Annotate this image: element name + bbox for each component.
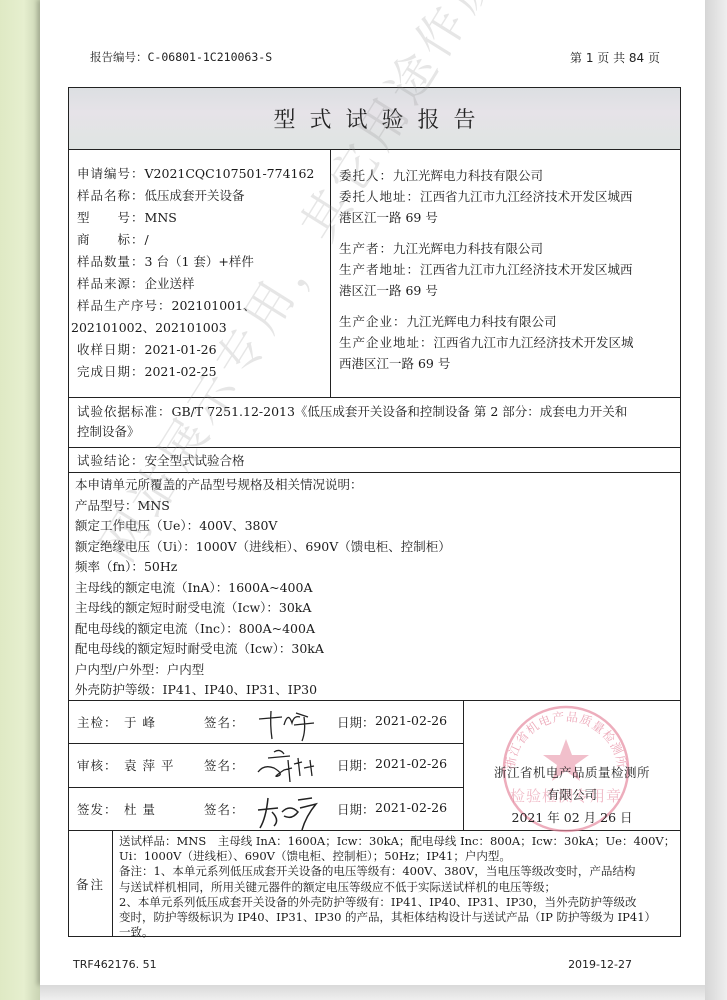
info-section: 申请编号：V2021CQC107501-774162 样品名称：低压成套开关设备… [69, 149, 680, 398]
received-date: 收样日期：2021-01-26 [77, 339, 330, 361]
remarks-line: Ui：1000V（进线柜）、690V（馈电柜、控制柜）；50Hz；IP41；户内… [119, 849, 672, 864]
spec-item-label: 配电母线的额定短时耐受电流（Icw）： [75, 641, 291, 656]
stamp-cell: 浙江省机电产品质量检测所有限公司 检验检测专用章 浙江省机电产品质量检测所 有限… [464, 701, 680, 830]
remarks-label: 备注 [69, 831, 113, 936]
spec-item-value: 400V、380V [199, 518, 277, 533]
client-address-cont: 港区江一路 69 号 [339, 207, 680, 228]
client-address: 委托人地址：江西省九江市九江经济技术开发区城西 [339, 186, 680, 207]
spec-item: 配电母线的额定短时耐受电流（Icw）：30kA [75, 639, 680, 660]
spec-item-value: 1600A~400A [228, 580, 312, 595]
test-standard-label: 试验依据标准： [77, 404, 172, 419]
spec-item: 额定绝缘电压（Ui）：1000V（进线柜）、690V（馈电柜、控制柜） [75, 537, 680, 558]
spec-item: 主母线的额定短时耐受电流（Icw）：30kA [75, 598, 680, 619]
spec-item-value: 1000V（进线柜）、690V（馈电柜、控制柜） [196, 539, 451, 554]
serial-numbers-cont: 202101002、202101003 [71, 317, 330, 339]
remarks-line: 备注：1、本单元系列低压成套开关设备的电压等级有：400V、380V，当电压等级… [119, 864, 672, 879]
spec-item-value: 30kA [279, 600, 312, 615]
remarks-body: 送试样品：MNS 主母线 InA：1600A；Icw：30kA；配电母线 Inc… [119, 834, 672, 940]
remarks-line: 送试样品：MNS 主母线 InA：1600A；Icw：30kA；配电母线 Inc… [119, 834, 672, 849]
spec-item-value: IP41、IP40、IP31、IP30 [163, 682, 318, 697]
page-bottom-shadow [40, 985, 705, 1000]
factory: 生产企业：九江光辉电力科技有限公司 [339, 311, 680, 332]
signature-approver [254, 790, 324, 830]
spec-item: 主母线的额定电流（InA）：1600A~400A [75, 578, 680, 599]
manufacturer-address-cont: 港区江一路 69 号 [339, 280, 680, 301]
signature-row-inspector: 主检： 于峰 签名： 日期： 2021-02-26 [69, 701, 463, 744]
test-conclusion: 试验结论：安全型式试验合格 [69, 448, 680, 473]
spec-item-value: 50Hz [144, 559, 177, 574]
manufacturer: 生产者：九江光辉电力科技有限公司 [339, 238, 680, 259]
signature-row-reviewer: 审核： 袁萍平 签名： 日期： 2021-02-26 [69, 744, 463, 787]
signature-rows: 主检： 于峰 签名： 日期： 2021-02-26 审核： 袁萍平 签名： 日期… [69, 701, 464, 830]
sample-info: 申请编号：V2021CQC107501-774162 样品名称：低压成套开关设备… [69, 149, 331, 397]
spec-intro: 本申请单元所覆盖的产品型号规格及相关情况说明： [75, 475, 680, 496]
test-conclusion-label: 试验结论： [77, 453, 145, 468]
completed-date: 完成日期：2021-02-25 [77, 361, 330, 383]
binder-cover-edge [0, 0, 40, 1000]
spec-item-value: 800A~400A [239, 621, 315, 636]
sample-name: 样品名称：低压成套开关设备 [77, 185, 330, 207]
spec-item: 产品型号：MNS [75, 496, 680, 517]
factory-address: 生产企业地址：江西省九江市九江经济技术开发区城 [339, 332, 680, 353]
serial-numbers: 样品生产序号：202101001、 [77, 295, 330, 317]
signature-reviewer [254, 746, 324, 786]
test-standard: 试验依据标准：GB/T 7251.12-2013《低压成套开关设备和控制设备 第… [69, 398, 680, 448]
report-number-label: 报告编号： [90, 50, 148, 64]
product-spec: 本申请单元所覆盖的产品型号规格及相关情况说明： 产品型号：MNS额定工作电压（U… [69, 473, 680, 701]
spec-item-label: 配电母线的额定电流（Inc）： [75, 621, 239, 636]
title-band: 型式试验报告 [69, 88, 680, 150]
spec-item-label: 主母线的额定短时耐受电流（Icw）： [75, 600, 279, 615]
spec-item: 配电母线的额定电流（Inc）：800A~400A [75, 619, 680, 640]
remarks-line: 2、本单元系列低压成套开关设备的外壳防护等级有：IP41、IP40、IP31、I… [119, 895, 672, 910]
party-info: 委托人：九江光辉电力科技有限公司 委托人地址：江西省九江市九江经济技术开发区城西… [331, 149, 680, 413]
spec-item-label: 额定工作电压（Ue）： [75, 518, 199, 533]
test-conclusion-value: 安全型式试验合格 [145, 453, 245, 468]
issuing-org: 浙江省机电产品质量检测所 [464, 763, 680, 781]
spec-item: 户内型/户外型：户内型 [75, 660, 680, 681]
test-standard-cont: 控制设备》 [77, 422, 680, 442]
signature-row-approver: 签发： 杜量 签名： 日期： 2021-02-26 [69, 788, 463, 831]
sample-source: 样品来源：企业送样 [77, 273, 330, 295]
form-date: 2019-12-27 [568, 958, 632, 971]
form-number: TRF462176. 51 [73, 958, 157, 971]
trademark: 商 标：/ [77, 229, 330, 251]
spec-item-value: 户内型 [167, 662, 205, 677]
remarks-line: 一致。 [119, 925, 672, 940]
spec-item: 频率（fn）：50Hz [75, 557, 680, 578]
spec-item-label: 外壳防护等级： [75, 682, 163, 697]
spec-item-label: 户内型/户外型： [75, 662, 167, 677]
report-table: 型式试验报告 申请编号：V2021CQC107501-774162 样品名称：低… [68, 87, 681, 937]
test-standard-value: GB/T 7251.12-2013《低压成套开关设备和控制设备 第 2 部分：成… [172, 404, 628, 419]
client: 委托人：九江光辉电力科技有限公司 [339, 165, 680, 186]
sample-quantity: 样品数量：3 台（1 套）+样件 [77, 251, 330, 273]
remarks-section: 备注 送试样品：MNS 主母线 InA：1600A；Icw：30kA；配电母线 … [69, 831, 680, 936]
report-title: 型式试验报告 [259, 103, 489, 134]
report-number-value: C-06801-1C210063-S [148, 50, 273, 64]
page-info: 第 1 页 共 84 页 [570, 49, 660, 66]
factory-address-cont: 西港区江一路 69 号 [339, 353, 680, 374]
signature-area: 主检： 于峰 签名： 日期： 2021-02-26 审核： 袁萍平 签名： 日期… [69, 701, 680, 831]
spec-item-label: 主母线的额定电流（InA）： [75, 580, 228, 595]
signature-inspector [254, 703, 324, 743]
model: 型 号：MNS [77, 207, 330, 229]
spec-list: 产品型号：MNS额定工作电压（Ue）：400V、380V额定绝缘电压（Ui）：1… [75, 496, 680, 701]
application-number: 申请编号：V2021CQC107501-774162 [77, 163, 330, 185]
spec-item-value: MNS [138, 498, 170, 513]
spec-item-label: 产品型号： [75, 498, 138, 513]
report-number: 报告编号：C-06801-1C210063-S [90, 49, 272, 65]
spec-item-label: 额定绝缘电压（Ui）： [75, 539, 196, 554]
spec-item: 额定工作电压（Ue）：400V、380V [75, 516, 680, 537]
manufacturer-address: 生产者地址：江西省九江市九江经济技术开发区城西 [339, 259, 680, 280]
issuing-org-cont: 有限公司 [464, 785, 680, 803]
issue-date: 2021 年 02 月 26 日 [464, 808, 680, 826]
spec-item-label: 频率（fn）： [75, 559, 144, 574]
remarks-line: 与送试样机相同，所用关键元器件的额定电压等级应不低于实际送试样机的电压等级； [119, 880, 672, 895]
page-edge-shadow [705, 0, 727, 1000]
spec-item-value: 30kA [291, 641, 324, 656]
remarks-line: 变时，防护等级标识为 IP40、IP31、IP30 的产品，其柜体结构设计与送试… [119, 910, 672, 925]
